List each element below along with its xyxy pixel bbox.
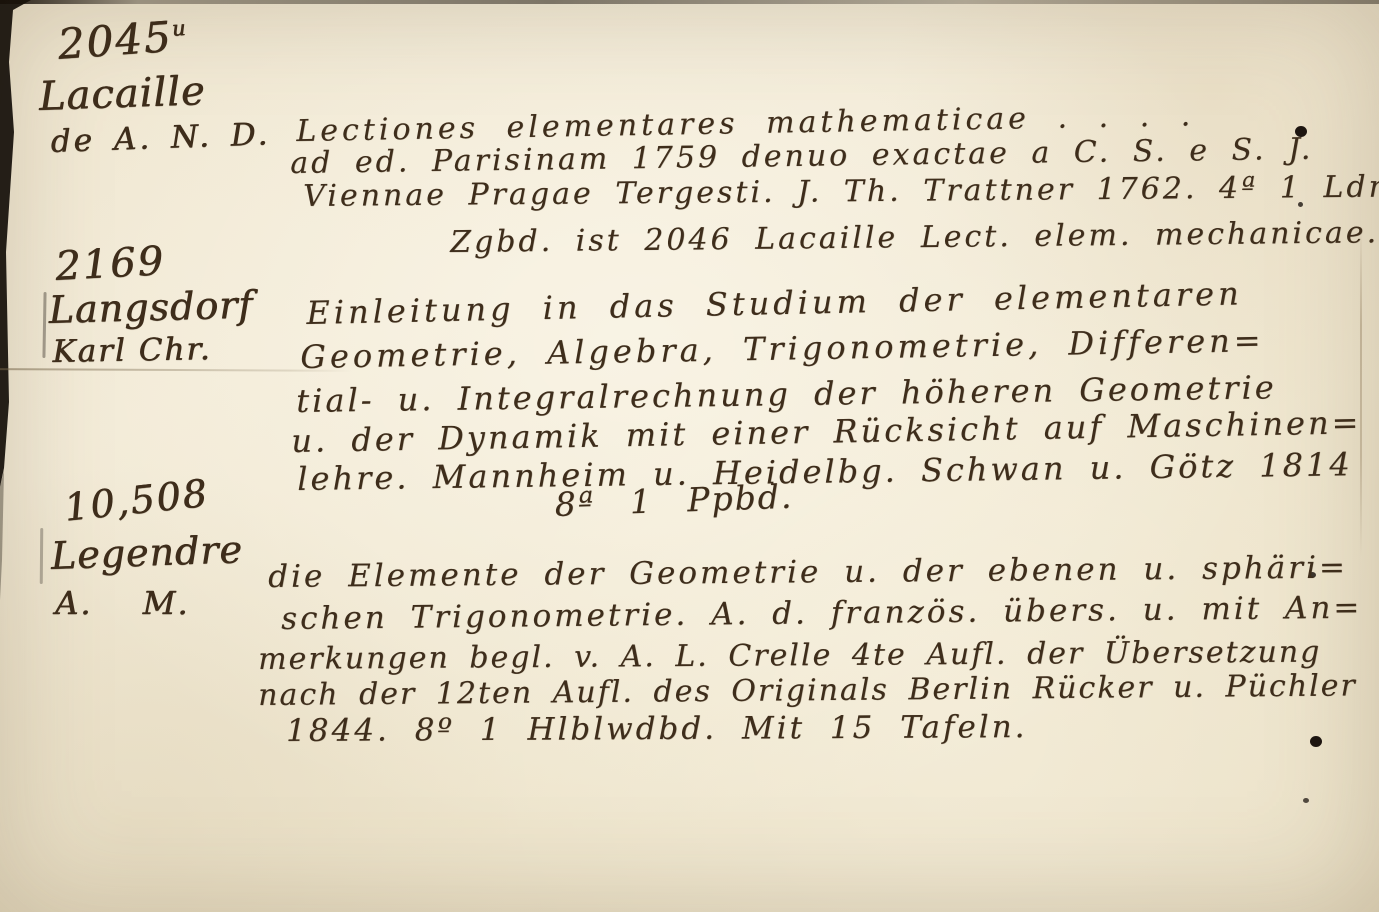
entry-number-value: 2045 (56, 12, 174, 69)
entry-number-value: 2169 (54, 238, 166, 290)
paper-crease-vertical (1360, 226, 1362, 556)
entry-number-mark: u (171, 16, 186, 41)
entry-format-binding-note: 8ª 1 Ppbd. (554, 477, 794, 524)
photo-left-edge (0, 0, 40, 912)
manuscript-page: 2045u Lacaille de A. N. D. Lectiones ele… (0, 0, 1379, 912)
entry-author-name: Lacaille (38, 68, 206, 120)
entry-author-name: Legendre (50, 527, 243, 578)
entry-number: 2045u (56, 11, 188, 69)
entry-format-binding-note: 1844. 8º 1 Hlblwdbd. Mit 15 Tafeln. (286, 709, 1028, 749)
entry-author-name: Langsdorf (48, 283, 254, 332)
entry-text-line: Geometrie, Algebra, Trigonometrie, Diffe… (300, 321, 1265, 376)
entry-author-initials: de A. N. D. (50, 116, 271, 160)
entry-number: 10,508 (62, 471, 211, 530)
pencil-margin-mark (42, 292, 46, 358)
entry-text-line: schen Trigonometrie. A. d. französ. über… (281, 590, 1362, 637)
entry-author-initials: A. M. (55, 584, 189, 622)
entry-number: 2169 (54, 238, 166, 290)
pencil-margin-mark (40, 528, 43, 584)
ink-spot (1310, 736, 1322, 747)
entry-bound-with-note: Zgbd. ist 2046 Lacaille Lect. elem. mech… (450, 215, 1379, 260)
entry-author-initials: Karl Chr. (52, 331, 212, 370)
photo-top-edge (0, 0, 1379, 4)
entry-text-line: die Elemente der Geometrie u. der ebenen… (268, 550, 1348, 595)
entry-number-value: 10,508 (62, 471, 211, 530)
ink-spot (1303, 798, 1309, 803)
